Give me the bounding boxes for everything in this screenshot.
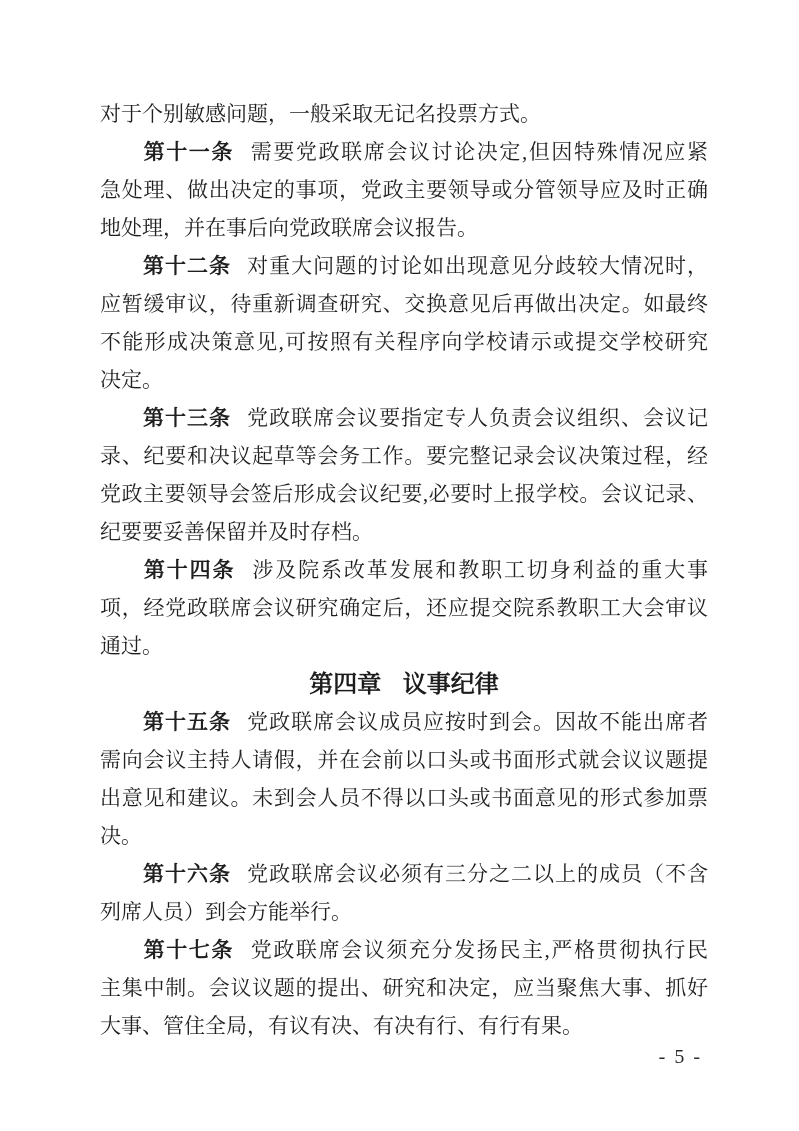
article-text: 党政联席会议成员应按时到会。因故不能出席者 (246, 710, 708, 734)
article-number: 第十二条 (142, 254, 231, 278)
article-number: 第十四条 (142, 558, 235, 582)
article-line: 地处理，并在事后向党政联席会议报告。 (100, 209, 708, 247)
article-line: 列席人员）到会方能举行。 (100, 893, 708, 931)
article-line: 主集中制。会议议题的提出、研究和决定，应当聚焦大事、抓好 (100, 969, 708, 1007)
chapter-number: 第四章 (309, 670, 381, 698)
document-page: 对于个别敏感问题，一般采取无记名投票方式。第十一条需要党政联席会议讨论决定,但因… (0, 0, 799, 1131)
article-line: 急处理、做出决定的事项，党政主要领导或分管领导应及时正确 (100, 171, 708, 209)
paragraph-line: 对于个别敏感问题，一般采取无记名投票方式。 (100, 95, 708, 133)
article-line: 项，经党政联席会议研究确定后，还应提交院系教职工大会审议 (100, 589, 708, 627)
article-text: 党政联席会议必须有三分之二以上的成员（不含 (246, 862, 708, 886)
article-number: 第十六条 (142, 862, 231, 886)
document-body: 对于个别敏感问题，一般采取无记名投票方式。第十一条需要党政联席会议讨论决定,但因… (100, 95, 708, 1045)
article-number: 第十五条 (142, 710, 231, 734)
article-line: 纪要要妥善保留并及时存档。 (100, 513, 708, 551)
article-text: 对重大问题的讨论如出现意见分歧较大情况时， (246, 254, 708, 278)
article-line: 录、纪要和决议起草等会务工作。要完整记录会议决策过程，经 (100, 437, 708, 475)
article-text: 需要党政联席会议讨论决定,但因特殊情况应紧 (249, 140, 708, 164)
article-line: 通过。 (100, 627, 708, 665)
article-line: 第十七条党政联席会议须充分发扬民主,严格贯彻执行民 (100, 931, 708, 969)
article-line: 第十三条党政联席会议要指定专人负责会议组织、会议记 (100, 399, 708, 437)
article-text: 党政联席会议须充分发扬民主,严格贯彻执行民 (249, 938, 708, 962)
article-number: 第十三条 (142, 406, 231, 430)
article-line: 出意见和建议。未到会人员不得以口头或书面意见的形式参加票 (100, 779, 708, 817)
chapter-title: 议事纪律 (403, 670, 499, 698)
article-line: 党政主要领导会签后形成会议纪要,必要时上报学校。会议记录、 (100, 475, 708, 513)
article-text: 党政联席会议要指定专人负责会议组织、会议记 (246, 406, 708, 430)
article-line: 第十四条涉及院系改革发展和教职工切身利益的重大事 (100, 551, 708, 589)
article-line: 第十一条需要党政联席会议讨论决定,但因特殊情况应紧 (100, 133, 708, 171)
chapter-heading: 第四章议事纪律 (100, 665, 708, 703)
article-line: 需向会议主持人请假，并在会前以口头或书面形式就会议议题提 (100, 741, 708, 779)
page-number: - 5 - (0, 1046, 702, 1069)
article-line: 决。 (100, 817, 708, 855)
article-line: 第十六条党政联席会议必须有三分之二以上的成员（不含 (100, 855, 708, 893)
article-text: 涉及院系改革发展和教职工切身利益的重大事 (251, 558, 709, 582)
article-number: 第十七条 (142, 938, 234, 962)
article-line: 大事、管住全局，有议有决、有决有行、有行有果。 (100, 1007, 708, 1045)
article-number: 第十一条 (142, 140, 234, 164)
article-line: 决定。 (100, 361, 708, 399)
article-line: 第十二条对重大问题的讨论如出现意见分歧较大情况时， (100, 247, 708, 285)
article-line: 应暂缓审议，待重新调查研究、交换意见后再做出决定。如最终 (100, 285, 708, 323)
article-line: 不能形成决策意见,可按照有关程序向学校请示或提交学校研究 (100, 323, 708, 361)
article-line: 第十五条党政联席会议成员应按时到会。因故不能出席者 (100, 703, 708, 741)
